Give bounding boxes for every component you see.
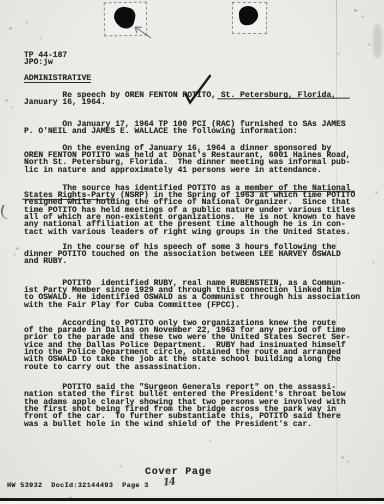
- cover-page-label: Cover Page: [145, 469, 212, 476]
- scan-edge-smudge: [373, 24, 382, 58]
- pencil-margin-mark: [0, 204, 12, 219]
- pencil-arrow-icon: [132, 23, 154, 41]
- paragraph-pci-information: On January 17, 1964 TP 100 PCI (RAC) fur…: [24, 121, 376, 136]
- paragraph-ruby-rubenstein: POTITO identified RUBY, real name RUBENS…: [24, 280, 376, 309]
- section-heading-label: ADMINISTRATIVE: [24, 75, 91, 84]
- scan-noise-speckles: [0, 0, 1, 1]
- paragraph-dinner-meeting: On the evening of January 16, 1964 a din…: [24, 145, 376, 174]
- paragraph-parade-route: According to POTITO only two organizatio…: [24, 320, 376, 371]
- scanned-document-page: TP 44-187 JPO:jw ADMINISTRATIVE Re speec…: [0, 0, 384, 504]
- section-heading: ADMINISTRATIVE: [24, 75, 91, 84]
- paragraph-speech-oswald-ruby: In the course of his speech of some 3 ho…: [24, 244, 376, 266]
- microfilm-reference: HW 53932 DocId:32144493 Page 3: [7, 483, 149, 490]
- typist-initials: JPO:jw: [24, 59, 53, 66]
- ink-blot-icon: [238, 5, 259, 25]
- handwritten-checkmark-icon: [181, 71, 213, 107]
- ink-blot-stamp-right: [232, 2, 267, 34]
- paragraph-surgeon-general: POTITO said the "Surgeon Generals report…: [24, 384, 376, 428]
- handwritten-page-number: 14: [163, 477, 176, 488]
- paragraph-nsrp-background: The source has identified POTITO as a me…: [24, 185, 376, 236]
